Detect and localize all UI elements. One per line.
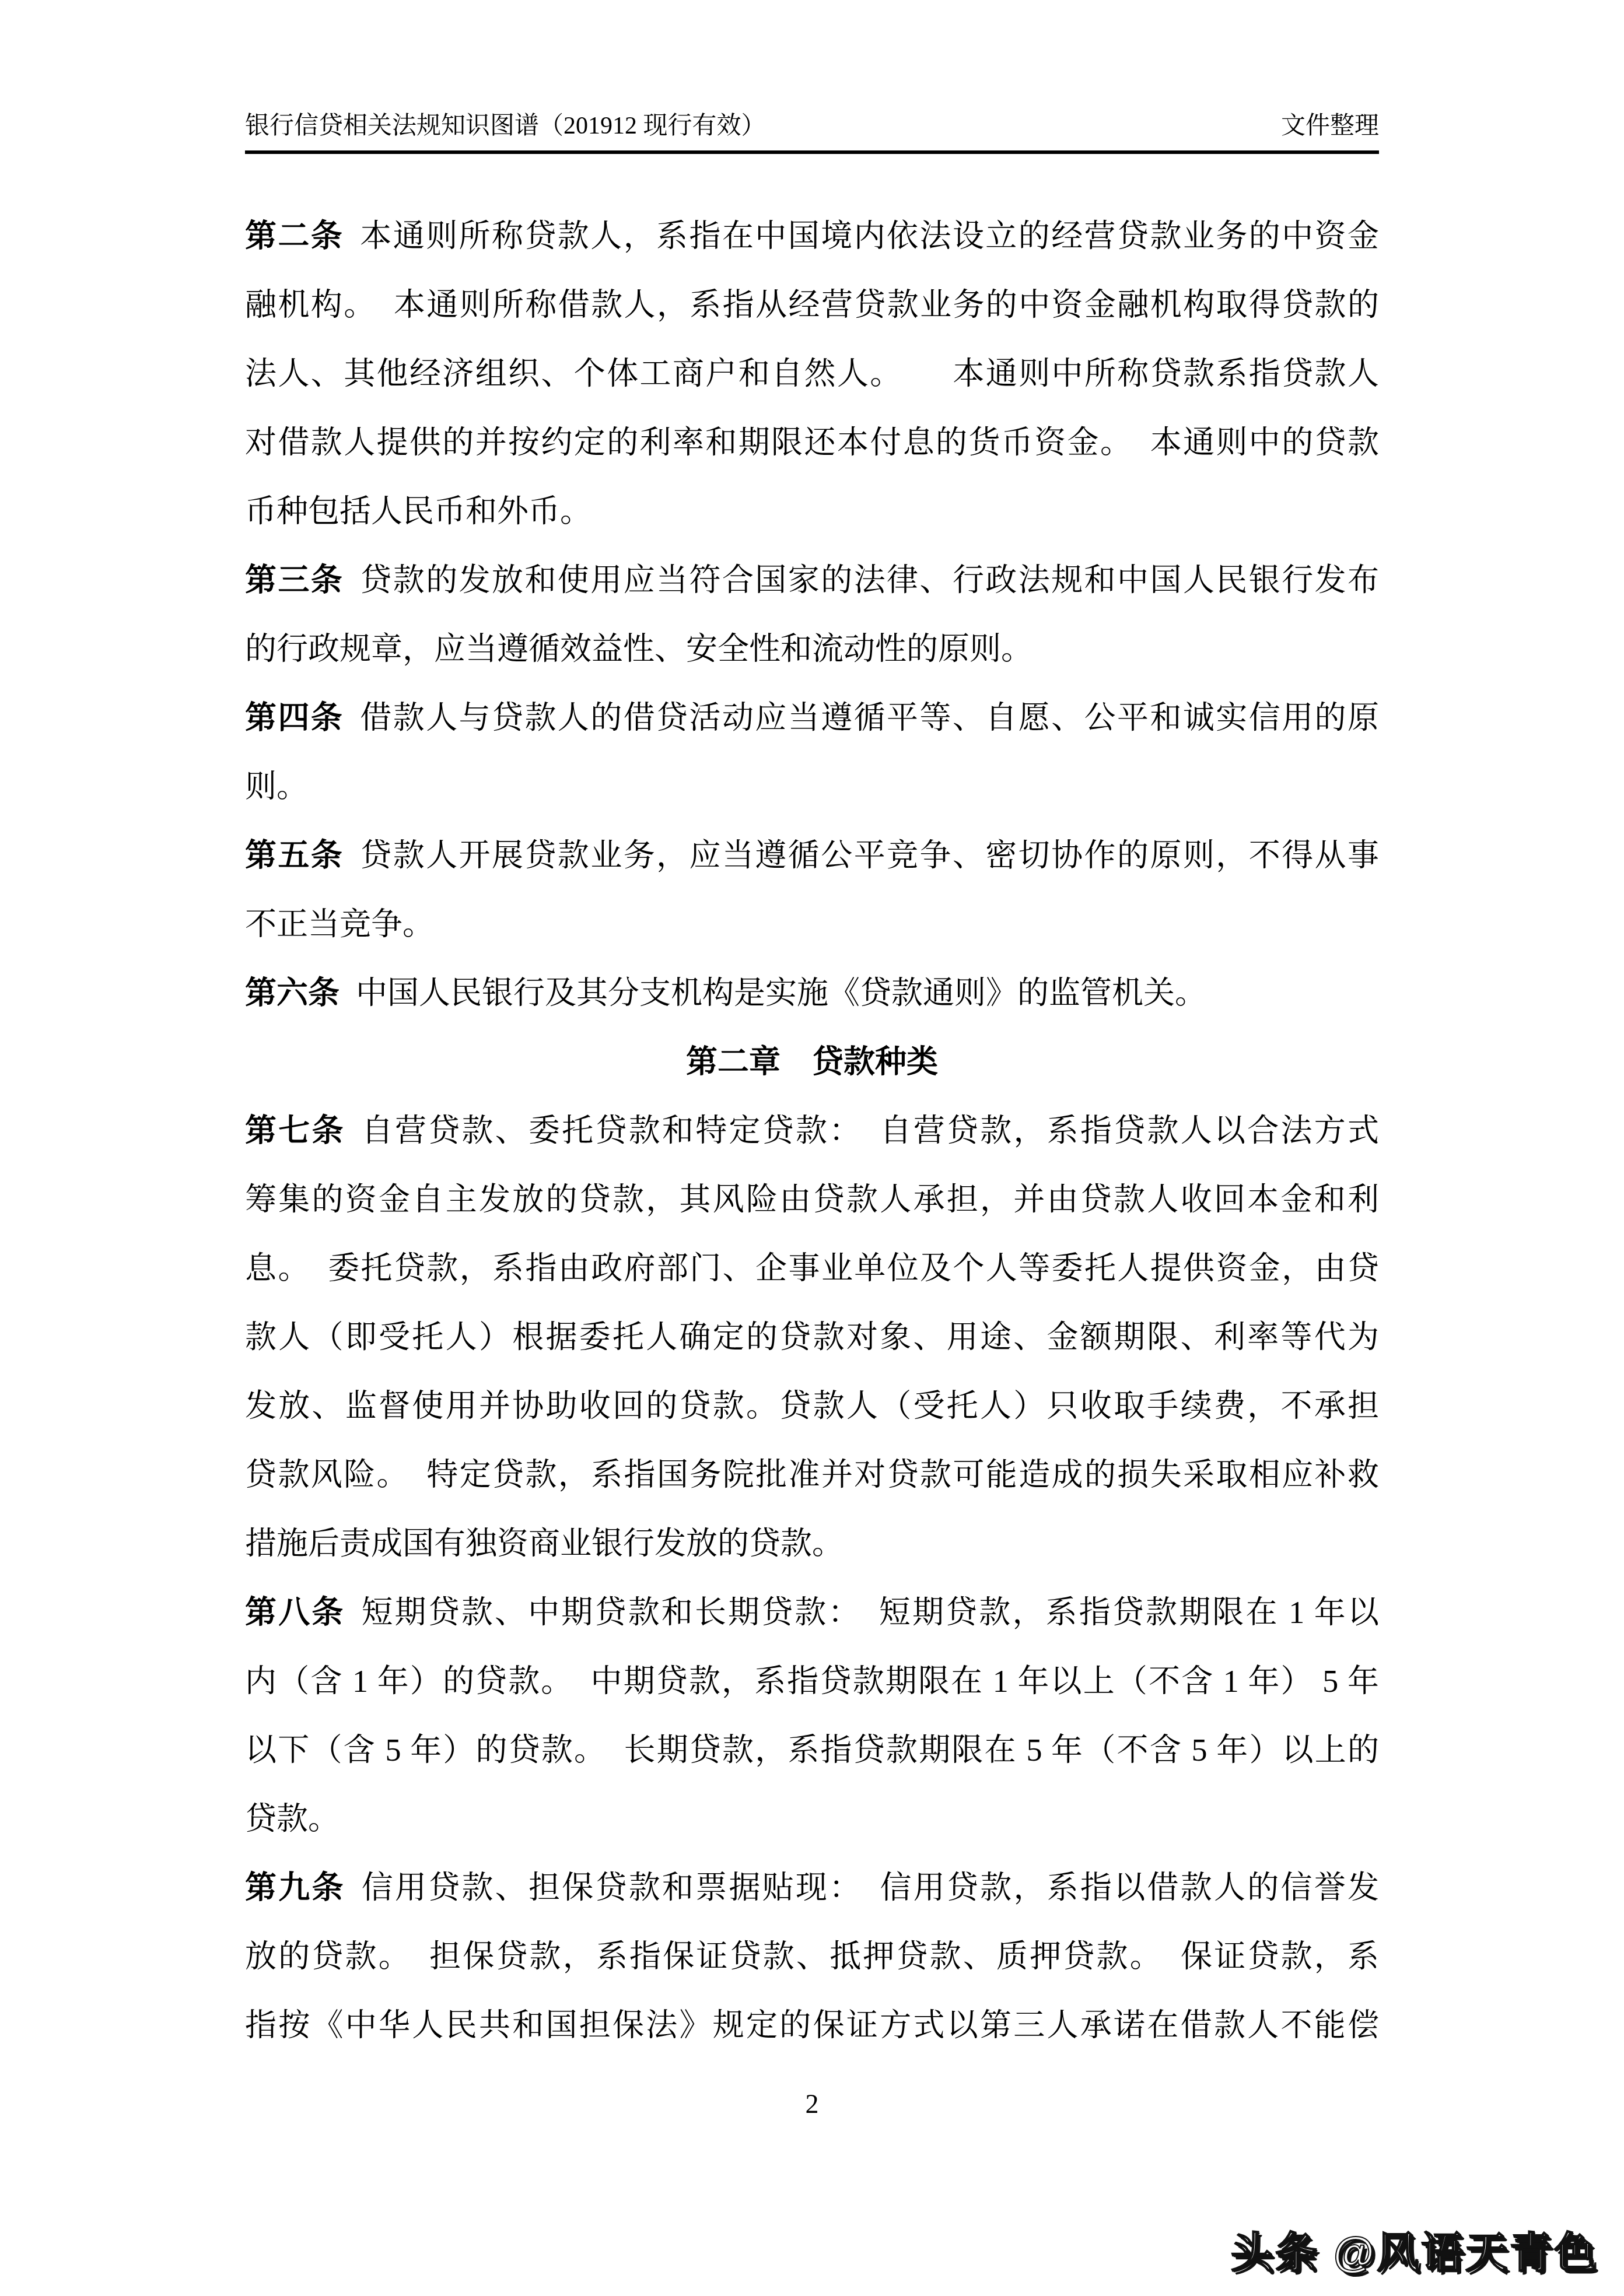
document-line: 款人（即受托人）根据委托人确定的贷款对象、用途、金额期限、利率等代为: [245, 1303, 1379, 1372]
line-text: 不正当竞争。: [245, 907, 434, 942]
line-text: 短期贷款、中期贷款和长期贷款： 短期贷款，系指贷款期限在 1 年以: [361, 1595, 1379, 1630]
document-line: 融机构。 本通则所称借款人，系指从经营贷款业务的中资金融机构取得贷款的: [245, 271, 1379, 339]
line-text: 借款人与贷款人的借贷活动应当遵循平等、自愿、公平和诚实信用的原: [360, 700, 1379, 735]
line-text: 贷款的发放和使用应当符合国家的法律、行政法规和中国人民银行发布: [360, 563, 1379, 598]
line-text: 以下（含 5 年）的贷款。 长期贷款，系指贷款期限在 5 年（不含 5 年）以上…: [245, 1733, 1379, 1768]
line-text: 贷款。: [245, 1801, 339, 1836]
watermark: 头条 @风语天青色: [1231, 2218, 1598, 2279]
document-line: 息。 委托贷款，系指由政府部门、企事业单位及个人等委托人提供资金，由贷: [245, 1234, 1379, 1303]
chapter-heading-label: 第二章 贷款种类: [686, 1044, 938, 1079]
document-line: 则。: [245, 752, 1379, 821]
article-label: 第八条: [245, 1595, 345, 1630]
document-line: 筹集的资金自主发放的贷款，其风险由贷款人承担，并由贷款人收回本金和利: [245, 1165, 1379, 1234]
document-line: 法人、其他经济组织、个体工商户和自然人。 本通则中所称贷款系指贷款人: [245, 339, 1379, 408]
line-text: 放的贷款。 担保贷款，系指保证贷款、抵押贷款、质押贷款。 保证贷款，系: [245, 1939, 1379, 1974]
line-text: 贷款风险。 特定贷款，系指国务院批准并对贷款可能造成的损失采取相应补救: [245, 1457, 1379, 1492]
page-container: 银行信贷相关法规知识图谱（201912 现行有效） 文件整理 第二条本通则所称贷…: [0, 0, 1624, 2296]
document-line: 发放、监督使用并协助收回的贷款。贷款人（受托人）只收取手续费，不承担: [245, 1372, 1379, 1440]
document-line: 的行政规章，应当遵循效益性、安全性和流动性的原则。: [245, 615, 1379, 683]
document-line: 第三条贷款的发放和使用应当符合国家的法律、行政法规和中国人民银行发布: [245, 546, 1379, 615]
document-line: 措施后责成国有独资商业银行发放的贷款。: [245, 1509, 1379, 1578]
article-label: 第九条: [245, 1870, 345, 1905]
document-line: 第二条本通则所称贷款人，系指在中国境内依法设立的经营贷款业务的中资金: [245, 202, 1379, 271]
line-text: 措施后责成国有独资商业银行发放的贷款。: [245, 1526, 843, 1561]
line-text: 内（含 1 年）的贷款。 中期贷款，系指贷款期限在 1 年以上（不含 1 年） …: [245, 1664, 1379, 1699]
line-text: 信用贷款、担保贷款和票据贴现： 信用贷款，系指以借款人的信誉发: [362, 1870, 1379, 1905]
line-text: 法人、其他经济组织、个体工商户和自然人。 本通则中所称贷款系指贷款人: [245, 356, 1379, 391]
line-text: 则。: [245, 769, 308, 804]
line-text: 贷款人开展贷款业务，应当遵循公平竞争、密切协作的原则，不得从事: [360, 838, 1379, 873]
document-line: 指按《中华人民共和国担保法》规定的保证方式以第三人承诺在借款人不能偿: [245, 1991, 1379, 2060]
document-line: 币种包括人民币和外币。: [245, 477, 1379, 546]
line-text: 发放、监督使用并协助收回的贷款。贷款人（受托人）只收取手续费，不承担: [245, 1389, 1379, 1424]
document-line: 放的贷款。 担保贷款，系指保证贷款、抵押贷款、质押贷款。 保证贷款，系: [245, 1922, 1379, 1991]
document-line: 以下（含 5 年）的贷款。 长期贷款，系指贷款期限在 5 年（不含 5 年）以上…: [245, 1716, 1379, 1785]
article-label: 第七条: [245, 1113, 345, 1148]
article-label: 第二条: [245, 219, 344, 254]
document-line: 内（含 1 年）的贷款。 中期贷款，系指贷款期限在 1 年以上（不含 1 年） …: [245, 1647, 1379, 1716]
header-right-label: 文件整理: [1281, 111, 1379, 141]
line-text: 对借款人提供的并按约定的利率和期限还本付息的货币资金。 本通则中的贷款: [245, 425, 1379, 460]
document-line: 第八条短期贷款、中期贷款和长期贷款： 短期贷款，系指贷款期限在 1 年以: [245, 1578, 1379, 1647]
line-text: 融机构。 本通则所称借款人，系指从经营贷款业务的中资金融机构取得贷款的: [245, 288, 1379, 323]
line-text: 款人（即受托人）根据委托人确定的贷款对象、用途、金额期限、利率等代为: [245, 1320, 1379, 1355]
document-line: 第九条信用贷款、担保贷款和票据贴现： 信用贷款，系指以借款人的信誉发: [245, 1853, 1379, 1922]
document-line: 贷款风险。 特定贷款，系指国务院批准并对贷款可能造成的损失采取相应补救: [245, 1440, 1379, 1509]
document-body: 第二条本通则所称贷款人，系指在中国境内依法设立的经营贷款业务的中资金融机构。 本…: [245, 202, 1379, 2060]
page-number: 2: [245, 2087, 1379, 2122]
line-text: 币种包括人民币和外币。: [245, 494, 591, 529]
line-text: 中国人民银行及其分支机构是实施《贷款通则》的监管机关。: [356, 976, 1206, 1011]
document-line: 不正当竞争。: [245, 890, 1379, 959]
chapter-heading: 第二章 贷款种类: [245, 1028, 1379, 1096]
line-text: 的行政规章，应当遵循效益性、安全性和流动性的原则。: [245, 632, 1032, 667]
document-line: 贷款。: [245, 1785, 1379, 1853]
header-left-title: 银行信贷相关法规知识图谱（201912 现行有效）: [245, 111, 766, 141]
document-line: 对借款人提供的并按约定的利率和期限还本付息的货币资金。 本通则中的贷款: [245, 408, 1379, 477]
line-text: 息。 委托贷款，系指由政府部门、企事业单位及个人等委托人提供资金，由贷: [245, 1251, 1379, 1286]
document-line: 第七条自营贷款、委托贷款和特定贷款： 自营贷款，系指贷款人以合法方式: [245, 1096, 1379, 1165]
line-text: 本通则所称贷款人，系指在中国境内依法设立的经营贷款业务的中资金: [360, 219, 1379, 254]
article-label: 第五条: [245, 838, 344, 873]
article-label: 第四条: [245, 700, 344, 735]
document-line: 第五条贷款人开展贷款业务，应当遵循公平竞争、密切协作的原则，不得从事: [245, 821, 1379, 890]
line-text: 指按《中华人民共和国担保法》规定的保证方式以第三人承诺在借款人不能偿: [245, 2008, 1379, 2043]
line-text: 自营贷款、委托贷款和特定贷款： 自营贷款，系指贷款人以合法方式: [362, 1113, 1379, 1148]
article-label: 第六条: [245, 976, 339, 1011]
article-label: 第三条: [245, 563, 344, 598]
document-line: 第四条借款人与贷款人的借贷活动应当遵循平等、自愿、公平和诚实信用的原: [245, 683, 1379, 752]
document-header: 银行信贷相关法规知识图谱（201912 现行有效） 文件整理: [245, 111, 1379, 154]
line-text: 筹集的资金自主发放的贷款，其风险由贷款人承担，并由贷款人收回本金和利: [245, 1182, 1379, 1217]
document-line: 第六条中国人民银行及其分支机构是实施《贷款通则》的监管机关。: [245, 959, 1379, 1028]
